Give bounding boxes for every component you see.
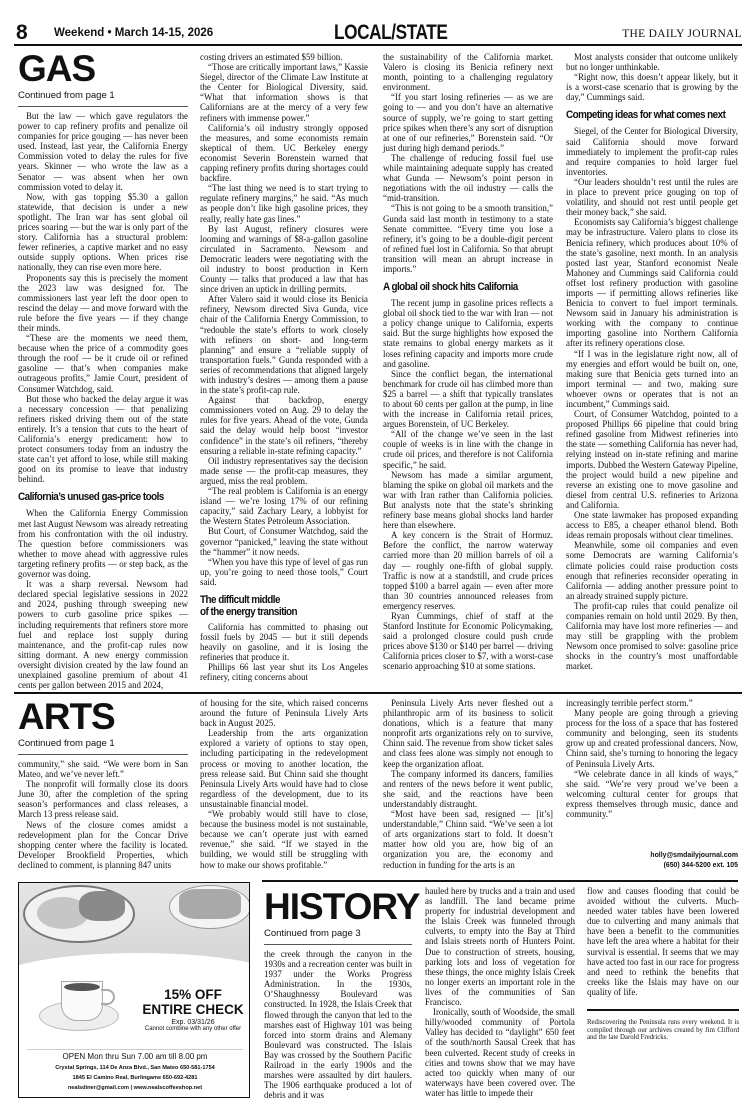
arts-kicker: ARTS bbox=[18, 698, 188, 736]
subhead-difficult-middle: The difficult middle of the energy trans… bbox=[200, 594, 351, 618]
coffee-shop-ad-details: OPEN Mon thru Sun 7.00 am till 8.00 pm C… bbox=[18, 1047, 250, 1098]
paragraph: A key concern is the Strait of Hormuz. B… bbox=[383, 530, 553, 611]
arts-column-4: increasingly terrible perfect storm.” Ma… bbox=[566, 698, 738, 819]
paragraph: Against that backdrop, energy commission… bbox=[200, 395, 368, 456]
paragraph: The profit-cap rules that could penalize… bbox=[566, 601, 738, 672]
gas-column-4: Most analysts consider that outcome unli… bbox=[566, 52, 738, 672]
paragraph: costing drivers an estimated $59 billion… bbox=[200, 52, 368, 62]
arts-column-2: of housing for the site, which raised co… bbox=[200, 698, 368, 870]
history-column-3: flow and causes flooding that could be a… bbox=[587, 886, 739, 997]
paragraph: flow and causes flooding that could be a… bbox=[587, 886, 739, 997]
history-continued-line: Continued from page 3 bbox=[264, 928, 412, 945]
paragraph: “Right now, this doesn’t appear likely, … bbox=[566, 72, 738, 102]
section-title: LOCAL/STATE bbox=[334, 22, 447, 44]
paragraph: the sustainability of the California mar… bbox=[383, 52, 553, 92]
paragraph: The company informed its dancers, famili… bbox=[383, 769, 553, 809]
paragraph: Since the conflict began, the internatio… bbox=[383, 369, 553, 430]
paragraph: Many people are going through a grieving… bbox=[566, 708, 738, 769]
section-divider bbox=[14, 692, 742, 694]
ad-address-2: 1845 El Camino Real, Burlingame 650-692-… bbox=[19, 1075, 251, 1082]
paragraph: “The last thing we need is to start tryi… bbox=[200, 183, 368, 223]
paragraph: But those who backed the delay argue it … bbox=[18, 394, 188, 485]
gas-continued-line: Continued from page 1 bbox=[18, 90, 188, 107]
subhead-line: The difficult middle bbox=[200, 594, 351, 606]
paragraph: The nonprofit will formally close its do… bbox=[18, 779, 188, 819]
subhead-unused-tools: California’s unused gas-price tools bbox=[18, 491, 171, 503]
paragraph: “All of the change we’ve seen in the las… bbox=[383, 429, 553, 469]
history-column-2: hauled here by trucks and a train and us… bbox=[425, 886, 575, 1098]
paragraph: But Court, of Consumer Watchdog, said th… bbox=[200, 526, 368, 556]
paragraph: “We probably would still have to close, … bbox=[200, 809, 368, 870]
gas-column-1: GAS Continued from page 1 But the law — … bbox=[18, 50, 188, 690]
paragraph: California has committed to phasing out … bbox=[200, 622, 368, 662]
paragraph: When the California Energy Commission me… bbox=[18, 508, 188, 579]
paragraph: Ironically, south of Woodside, the small… bbox=[425, 1007, 575, 1098]
paragraph: the creek through the canyon in the 1930… bbox=[264, 949, 412, 1100]
paragraph: California’s oil industry strongly oppos… bbox=[200, 123, 368, 184]
paragraph: “When you have this type of level of gas… bbox=[200, 557, 368, 587]
expiry-date: Exp. 03/31/26 bbox=[137, 1019, 249, 1026]
ad-web[interactable]: nealsdiner@gmail.com | www.nealscoffeesh… bbox=[19, 1085, 251, 1092]
paragraph: community,” she said. “We were born in S… bbox=[18, 759, 188, 779]
subhead-competing-ideas: Competing ideas for what comes next bbox=[566, 109, 721, 121]
section-divider bbox=[262, 880, 738, 882]
ad-address-1: Crystal Springs, 114 De Anza Blvd., San … bbox=[19, 1065, 251, 1072]
ad-discount: 15% OFF ENTIRE CHECK bbox=[137, 987, 249, 1017]
discount-line: ENTIRE CHECK bbox=[137, 1002, 249, 1017]
paragraph: Meanwhile, some oil companies and even s… bbox=[566, 540, 738, 601]
sandwich-image bbox=[179, 889, 241, 919]
reporter-phone: (650) 344-5200 ext. 105 bbox=[580, 860, 738, 870]
paragraph: Peninsula Lively Arts never fleshed out … bbox=[383, 698, 553, 769]
paragraph: “If you start losing refineries — as we … bbox=[383, 92, 553, 153]
paragraph: “This is not going to be a smooth transi… bbox=[383, 203, 553, 274]
paragraph: “Most have been sad, resigned — [it’s] u… bbox=[383, 809, 553, 870]
paragraph: It was a sharp reversal. Newsom had decl… bbox=[18, 579, 188, 690]
paragraph: Oil industry representatives say the dec… bbox=[200, 456, 368, 486]
gas-column-3: the sustainability of the California mar… bbox=[383, 52, 553, 672]
gas-kicker: GAS bbox=[18, 50, 188, 88]
paragraph: hauled here by trucks and a train and us… bbox=[425, 886, 575, 1007]
paragraph: Now, with gas topping $5.30 a gallon sta… bbox=[18, 192, 188, 273]
reporter-email[interactable]: holly@smdailyjournal.com bbox=[580, 850, 738, 860]
paragraph: “The real problem is California is an en… bbox=[200, 486, 368, 526]
paragraph: “Our leaders shouldn’t rest until the ru… bbox=[566, 177, 738, 217]
paragraph: Most analysts consider that outcome unli… bbox=[566, 52, 738, 72]
paragraph: One state lawmaker has proposed expandin… bbox=[566, 510, 738, 540]
restriction-text: Cannot combine with any other offer bbox=[137, 1026, 249, 1033]
history-kicker: HISTORY bbox=[264, 888, 412, 926]
paragraph: The recent jump in gasoline prices refle… bbox=[383, 298, 553, 369]
arts-column-3: Peninsula Lively Arts never fleshed out … bbox=[383, 698, 553, 870]
paragraph: “These are the moments we need them, bec… bbox=[18, 333, 188, 394]
paragraph: Court, of Consumer Watchdog, pointed to … bbox=[566, 409, 738, 510]
newspaper-name: THE DAILY JOURNAL bbox=[622, 28, 742, 40]
paragraph: “If I was in the legislature right now, … bbox=[566, 349, 738, 410]
paragraph: After Valero said it would close its Ben… bbox=[200, 294, 368, 395]
discount-line: 15% OFF bbox=[137, 987, 249, 1002]
credit-divider bbox=[587, 1009, 739, 1011]
subhead-global-oil-shock: A global oil shock hits California bbox=[383, 281, 536, 293]
paragraph: increasingly terrible perfect storm.” bbox=[566, 698, 738, 708]
ad-hours: OPEN Mon thru Sun 7.00 am till 8.00 pm bbox=[19, 1052, 251, 1062]
paragraph: Proponents say this is precisely the mom… bbox=[18, 273, 188, 334]
reporter-contact: holly@smdailyjournal.com (650) 344-5200 … bbox=[580, 850, 738, 870]
paragraph: Ryan Cummings, chief of staff at the Sta… bbox=[383, 611, 553, 672]
history-column-1: HISTORY Continued from page 3 the creek … bbox=[264, 888, 412, 1100]
ad-expiry: Exp. 03/31/26 Cannot combine with any ot… bbox=[137, 1019, 249, 1033]
paragraph: of housing for the site, which raised co… bbox=[200, 698, 368, 728]
arts-continued-line: Continued from page 1 bbox=[18, 738, 188, 755]
coffee-surface bbox=[64, 983, 100, 991]
paragraph: Leadership from the arts organization ex… bbox=[200, 728, 368, 809]
paragraph: “Those are critically important laws,” K… bbox=[200, 62, 368, 123]
paragraph: Newsom has made a similar argument, blam… bbox=[383, 470, 553, 531]
paragraph: Economists say California’s biggest chal… bbox=[566, 217, 738, 348]
paragraph: But the law — which gave regulators the … bbox=[18, 111, 188, 192]
meat-image bbox=[79, 891, 125, 921]
ad-divider bbox=[27, 1049, 243, 1050]
issue-date: Weekend • March 14-15, 2026 bbox=[54, 27, 213, 39]
paragraph: News of the closure comes amidst a redev… bbox=[18, 820, 188, 870]
gas-column-2: costing drivers an estimated $59 billion… bbox=[200, 52, 368, 683]
paragraph: The challenge of reducing fossil fuel us… bbox=[383, 153, 553, 203]
arts-column-1: ARTS Continued from page 1 community,” s… bbox=[18, 698, 188, 870]
page-masthead: 8 Weekend • March 14-15, 2026 LOCAL/STAT… bbox=[14, 22, 742, 46]
paragraph: Phillips 66 last year shut its Los Angel… bbox=[200, 662, 368, 682]
subhead-line: of the energy transition bbox=[200, 606, 351, 618]
paragraph: Siegel, of the Center for Biological Div… bbox=[566, 126, 738, 176]
page-number: 8 bbox=[16, 22, 28, 44]
column-credit: Rediscovering the Peninsula runs every w… bbox=[587, 1019, 739, 1042]
paragraph: By last August, refinery closures were l… bbox=[200, 224, 368, 295]
paragraph: “We celebrate dance in all kinds of ways… bbox=[566, 769, 738, 819]
